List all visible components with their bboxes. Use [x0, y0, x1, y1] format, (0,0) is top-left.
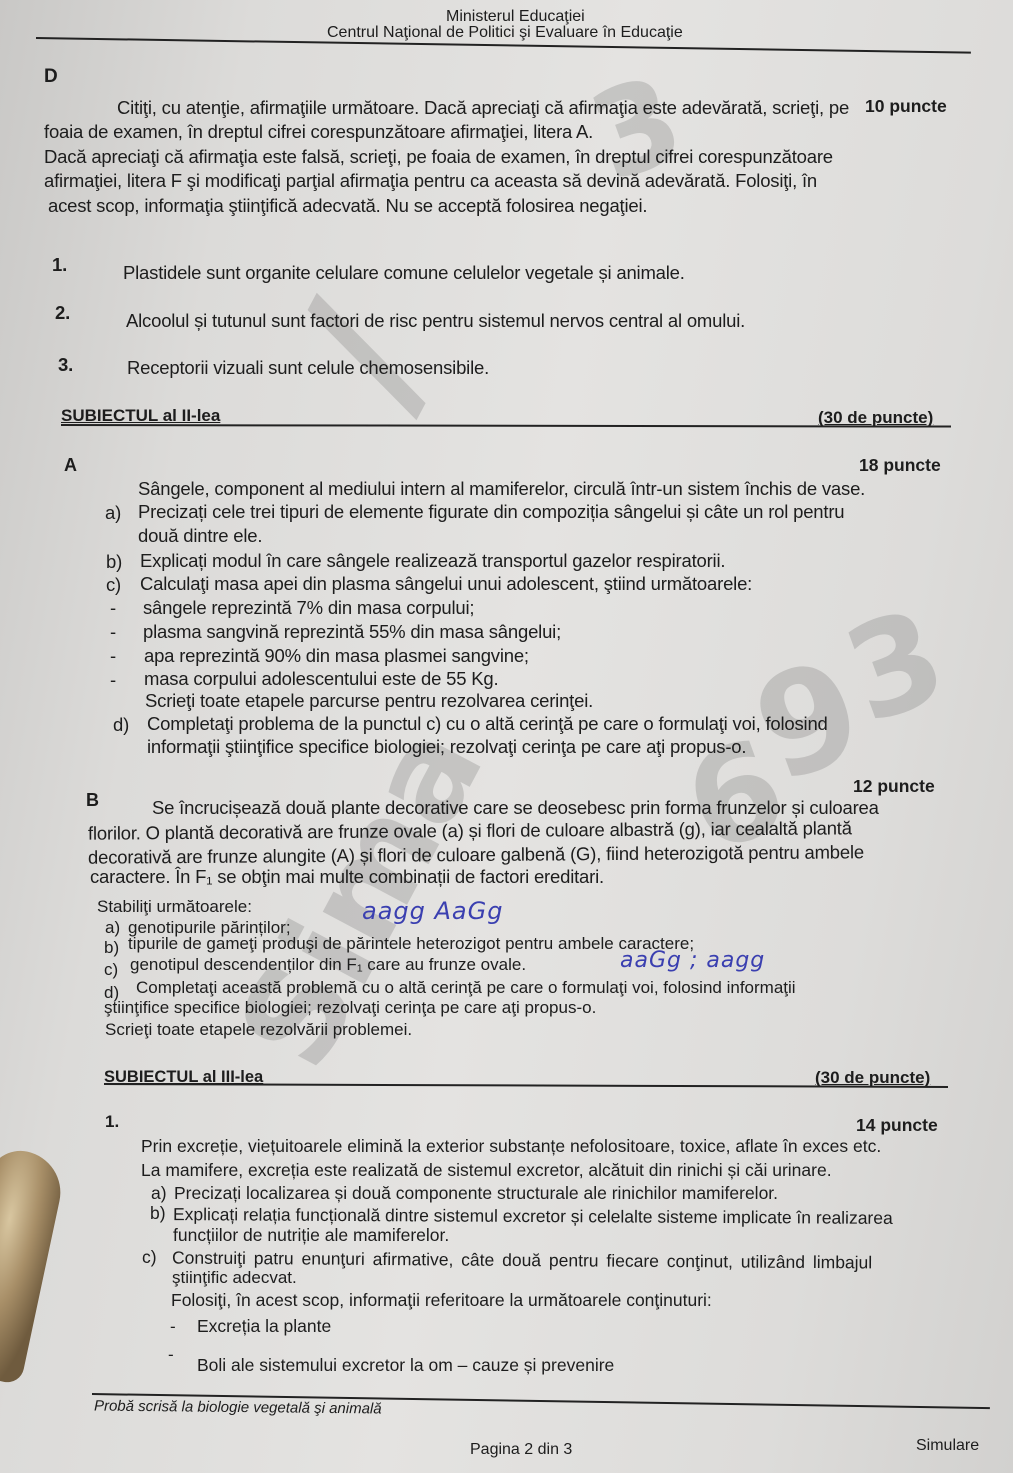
item-c-note: Scrieţi toate etapele parcurse pentru re…: [145, 690, 593, 712]
item-1-intro: La mamifere, excreția este realizată de …: [141, 1160, 832, 1181]
page-number: Pagina 2 din 3: [470, 1441, 572, 1459]
item-1-number: 1.: [105, 1112, 119, 1132]
subject-2-title: SUBIECTUL al II-lea: [61, 406, 220, 426]
bullet-item: sângele reprezintă 7% din masa corpului;: [143, 597, 474, 619]
watermark-digit-3b: 3: [827, 579, 964, 753]
item-a-text-cont: două dintre ele.: [138, 525, 262, 547]
statement-text: Plastidele sunt organite celulare comune…: [123, 262, 685, 284]
part-a-letter: A: [64, 455, 77, 476]
item-d-text-cont: informaţii ştiinţifice specifice biologi…: [147, 736, 746, 758]
item-1-points: 14 puncte: [856, 1115, 938, 1136]
bullet-dash: -: [110, 621, 116, 643]
instruction-line: acest scop, informaţia ştiinţifică adecv…: [48, 195, 647, 217]
handwritten-parents: aagg AaGg: [362, 897, 503, 925]
statement-text: Alcoolul și tutunul sunt factori de risc…: [126, 310, 745, 332]
statement-number: 2.: [55, 302, 70, 324]
item-d-text-cont: ştiinţifice specifice biologiei; rezolva…: [104, 998, 596, 1018]
watermark-slash: /: [255, 276, 470, 432]
section-d-points: 10 puncte: [865, 96, 947, 117]
item-c-text: Calculaţi masa apei din plasma sângelui …: [140, 573, 752, 595]
item-label: a): [151, 1183, 167, 1204]
item-b-text-cont: funcțiilor de nutriție ale mamiferelor.: [173, 1225, 449, 1246]
item-label: d): [113, 714, 129, 736]
subject-2-rule: [61, 424, 951, 428]
bullet-dash: -: [110, 669, 116, 691]
bullet-dash: -: [110, 597, 116, 619]
establish-label: Stabiliţi următoarele:: [97, 897, 252, 917]
item-1-intro: Prin excreție, viețuitoarele elimină la …: [141, 1136, 881, 1157]
statement-number: 3.: [58, 354, 73, 376]
item-label: a): [105, 502, 121, 524]
item-label: a): [105, 918, 120, 938]
instruction-line: foaia de examen, în dreptul cifrei cores…: [44, 121, 593, 143]
bullet-item: apa reprezintă 90% din masa plasmei sang…: [144, 645, 529, 667]
section-d-letter: D: [44, 66, 58, 88]
instruction-line: Citiţi, cu atenţie, afirmaţiile următoar…: [117, 97, 849, 119]
finger-photo-artifact: [0, 1145, 68, 1386]
part-b-text: caractere. În F₁ se obţin mai multe comb…: [90, 866, 604, 888]
part-b-text: florilor. O plantă decorativă are frunze…: [88, 817, 852, 844]
footer-exam-name: Probă scrisă la biologie vegetală şi ani…: [94, 1397, 382, 1417]
item-label: c): [104, 960, 118, 980]
footer-label: Simulare: [916, 1437, 979, 1455]
part-b-text: Se încrucișează două plante decorative c…: [152, 797, 879, 819]
item-c-text-cont: ştiinţific adecvat.: [172, 1268, 297, 1288]
item-b-text: Explicați modul în care sângele realizea…: [140, 550, 725, 572]
bullet-dash: -: [168, 1345, 174, 1365]
statement-text: Receptorii vizuali sunt celule chemosens…: [127, 357, 489, 379]
bullet-item: plasma sangvină reprezintă 55% din masa …: [143, 621, 561, 643]
item-text: Completaţi această problemă cu o altă ce…: [136, 978, 796, 998]
part-a-points: 18 puncte: [859, 455, 941, 476]
content-item: Boli ale sistemului excretor la om – cau…: [197, 1355, 614, 1376]
item-c-use: Folosiţi, în acest scop, informaţii refe…: [171, 1290, 712, 1311]
statement-number: 1.: [52, 254, 67, 276]
instruction-line: Dacă apreciaţi că afirmaţia este falsă, …: [44, 146, 833, 168]
bullet-dash: -: [170, 1317, 176, 1337]
item-label: c): [142, 1247, 157, 1268]
part-a-intro: Sângele, component al mediului intern al…: [138, 478, 865, 500]
item-d-text: Completaţi problema de la punctul c) cu …: [147, 713, 828, 735]
part-b-letter: B: [86, 790, 99, 811]
item-text: tipurile de gameţi produşi de părintele …: [128, 934, 694, 954]
part-b-note: Scrieţi toate etapele rezolvării problem…: [105, 1020, 412, 1040]
content-item: Excreția la plante: [197, 1316, 331, 1337]
item-text: genotipul descendenților din F₁ care au …: [130, 955, 526, 975]
item-label: b): [150, 1203, 166, 1224]
item-label: c): [106, 574, 121, 596]
item-a-text: Precizați cele trei tipuri de elemente f…: [138, 501, 844, 523]
item-a-text: Precizați localizarea și două componente…: [174, 1183, 778, 1204]
part-b-text: decorativă are frunze alungite (A) și fl…: [88, 841, 864, 868]
item-label: b): [104, 938, 119, 958]
bullet-dash: -: [110, 645, 116, 667]
item-label: b): [106, 551, 122, 573]
handwritten-f1-oval: aaGg ; aagg: [620, 948, 765, 973]
bullet-item: masa corpului adolescentului este de 55 …: [144, 668, 498, 690]
instruction-line: afirmaţiei, litera F şi modificaţi parţi…: [44, 170, 817, 192]
center-name: Centrul Naţional de Politici şi Evaluare…: [327, 24, 683, 42]
part-b-points: 12 puncte: [853, 776, 935, 797]
